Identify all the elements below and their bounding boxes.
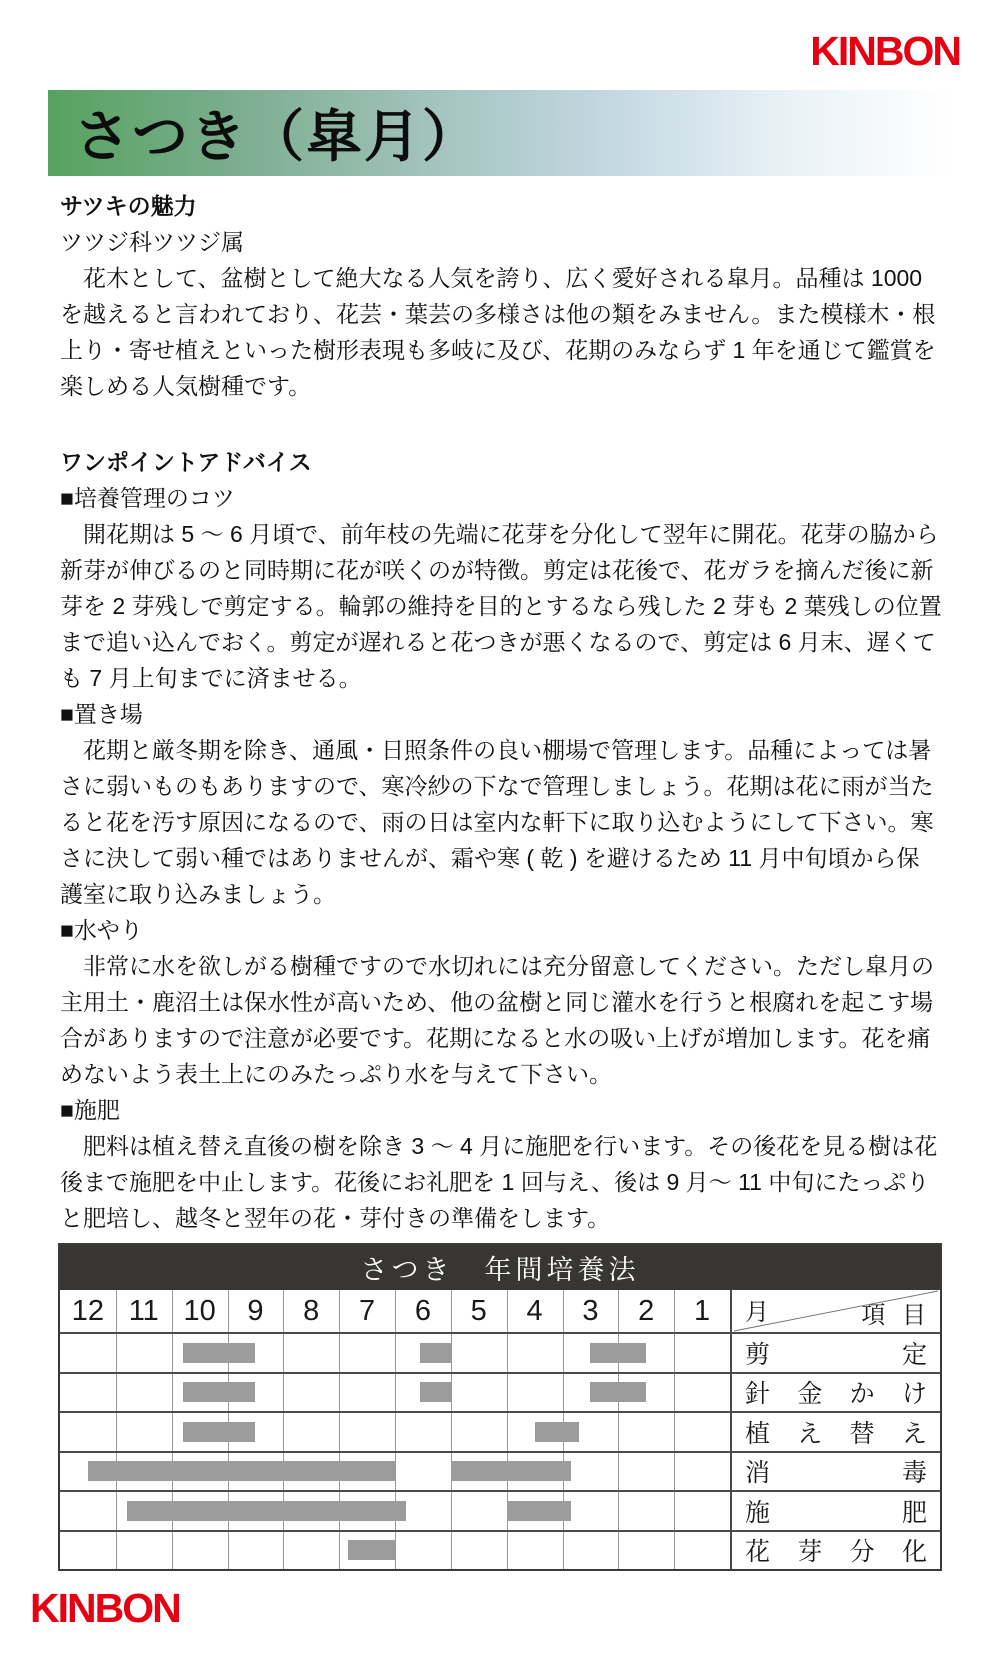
month-gridline xyxy=(674,1413,675,1451)
month-header-cell: 7 xyxy=(339,1290,395,1332)
month-gridline xyxy=(563,1334,564,1372)
month-gridline xyxy=(283,1334,284,1372)
month-gridline xyxy=(283,1413,284,1451)
calendar-row-chart-area xyxy=(60,1453,730,1491)
table-grid: 121110987654321月項 目剪定針金かけ植え替え消毒施肥花芽分化 xyxy=(60,1290,940,1569)
row-label-char: け xyxy=(902,1374,927,1410)
month-gridline xyxy=(618,1453,619,1491)
month-header-cell: 1 xyxy=(674,1290,730,1332)
article-body: サツキの魅力ツツジ科ツツジ属 花木として、盆樹として絶大なる人気を誇り、広く愛好… xyxy=(60,188,945,1236)
month-gridline xyxy=(116,1492,117,1530)
section-heading: サツキの魅力 xyxy=(60,188,945,224)
body-line: も 7 月上旬までに済ませる。 xyxy=(60,660,945,696)
calendar-row: 花芽分化 xyxy=(60,1530,940,1570)
body-line: 上り・寄せ植えといった樹形表現も多岐に及び、花期のみならず 1 年を通じて鑑賞を xyxy=(60,332,945,368)
section-heading: ワンポイントアドバイス xyxy=(60,444,945,480)
body-line: 後まで施肥を中止します。花後にお礼肥を 1 回与え、後は 9 月～ 11 中旬に… xyxy=(60,1164,945,1200)
body-line: 護室に取り込みましょう。 xyxy=(60,876,945,912)
calendar-row: 剪定 xyxy=(60,1332,940,1372)
month-gridline xyxy=(172,1532,173,1570)
month-gridline xyxy=(674,1374,675,1412)
row-label-char: 替 xyxy=(850,1414,875,1450)
month-gridline xyxy=(116,1374,117,1412)
activity-period-bar xyxy=(420,1343,451,1363)
month-gridline xyxy=(395,1453,396,1491)
month-gridline xyxy=(172,1374,173,1412)
activity-period-bar xyxy=(420,1382,451,1402)
row-label-char: 花 xyxy=(745,1532,770,1568)
activity-period-bar xyxy=(348,1540,395,1560)
body-line: さに弱いものもありますので、寒冷紗の下なで管理しましょう。花期は花に雨が当た xyxy=(60,768,945,804)
month-header-cell: 10 xyxy=(172,1290,228,1332)
month-header-cell: 6 xyxy=(395,1290,451,1332)
month-header-cell: 9 xyxy=(228,1290,284,1332)
month-gridline xyxy=(674,1334,675,1372)
row-label-char: 施 xyxy=(745,1493,770,1529)
row-label-char: 金 xyxy=(797,1374,822,1410)
month-gridline xyxy=(339,1413,340,1451)
body-line: 楽しめる人気樹種です。 xyxy=(60,368,945,404)
month-gridline xyxy=(116,1334,117,1372)
corner-cell: 月項 目 xyxy=(730,1290,940,1332)
month-gridline xyxy=(563,1532,564,1570)
calendar-row: 針金かけ xyxy=(60,1372,940,1412)
activity-period-bar xyxy=(451,1461,571,1481)
month-gridline xyxy=(116,1532,117,1570)
activity-period-bar xyxy=(507,1501,571,1521)
row-label-cell: 施肥 xyxy=(730,1492,940,1530)
month-header-cell: 3 xyxy=(563,1290,619,1332)
activity-period-bar xyxy=(590,1343,646,1363)
body-line: 合がありますので注意が必要です。花期になると水の吸い上げが増加します。花を痛 xyxy=(60,1020,945,1056)
row-label-cell: 花芽分化 xyxy=(730,1532,940,1570)
month-gridline xyxy=(395,1374,396,1412)
activity-period-bar xyxy=(183,1422,256,1442)
month-header-cell: 12 xyxy=(60,1290,116,1332)
month-gridline xyxy=(618,1492,619,1530)
month-header-cell: 11 xyxy=(116,1290,172,1332)
row-label-char: 針 xyxy=(745,1374,770,1410)
month-gridline xyxy=(674,1453,675,1491)
row-label-cell: 植え替え xyxy=(730,1413,940,1451)
title-banner: さつき（皐月） xyxy=(48,90,952,176)
calendar-row: 消毒 xyxy=(60,1451,940,1491)
row-label-char: え xyxy=(902,1414,927,1450)
body-line: ■培養管理のコツ xyxy=(60,480,945,516)
month-gridline xyxy=(451,1334,452,1372)
month-gridline xyxy=(451,1413,452,1451)
document-page: KINBON さつき（皐月） サツキの魅力ツツジ科ツツジ属 花木として、盆樹とし… xyxy=(0,0,1000,1661)
calendar-row-chart-area xyxy=(60,1374,730,1412)
month-gridline xyxy=(283,1374,284,1412)
month-gridline xyxy=(172,1413,173,1451)
row-label-char: 定 xyxy=(902,1335,927,1371)
month-header-row: 121110987654321月項 目 xyxy=(60,1290,940,1332)
kinbon-logo-bottom: KINBON xyxy=(30,1588,180,1629)
body-line: と肥培し、越冬と翌年の花・芽付きの準備をします。 xyxy=(60,1200,945,1236)
month-gridline xyxy=(339,1532,340,1570)
body-line: まで追い込んでおく。剪定が遅れると花つきが悪くなるので、剪定は 6 月末、遅くて xyxy=(60,624,945,660)
activity-period-bar xyxy=(183,1343,256,1363)
body-line: を越えると言われており、花芸・葉芸の多様さは他の類をみません。また模様木・根 xyxy=(60,296,945,332)
body-line: さに決して弱い種ではありませんが、霜や寒 ( 乾 ) を避けるため 11 月中旬… xyxy=(60,840,945,876)
body-line: めないよう表土上にのみたっぷり水を与えて下さい。 xyxy=(60,1056,945,1092)
row-label-char: 肥 xyxy=(902,1493,927,1529)
row-label-char: 消 xyxy=(745,1453,770,1489)
month-gridline xyxy=(395,1532,396,1570)
month-gridline xyxy=(451,1532,452,1570)
month-gridline xyxy=(339,1334,340,1372)
row-label-char: か xyxy=(850,1374,875,1410)
page-title: さつき（皐月） xyxy=(48,93,480,173)
month-gridline xyxy=(618,1413,619,1451)
month-gridline xyxy=(674,1532,675,1570)
month-gridline xyxy=(339,1374,340,1412)
calendar-row: 植え替え xyxy=(60,1411,940,1451)
row-label-cell: 剪定 xyxy=(730,1334,940,1372)
month-gridline xyxy=(674,1492,675,1530)
body-line: 花木として、盆樹として絶大なる人気を誇り、広く愛好される皐月。品種は 1000 xyxy=(60,260,945,296)
month-gridline xyxy=(395,1334,396,1372)
calendar-row-chart-area xyxy=(60,1334,730,1372)
month-gridline xyxy=(451,1492,452,1530)
body-line: 開花期は 5 ～ 6 月頃で、前年枝の先端に花芽を分化して翌年に開花。花芽の脇か… xyxy=(60,516,945,552)
month-gridline xyxy=(395,1413,396,1451)
body-line: ■置き場 xyxy=(60,696,945,732)
month-gridline xyxy=(228,1532,229,1570)
body-line: ると花を汚す原因になるので、雨の日は室内な軒下に取り込むようにして下さい。寒 xyxy=(60,804,945,840)
row-label-cell: 消毒 xyxy=(730,1453,940,1491)
calendar-row: 施肥 xyxy=(60,1490,940,1530)
corner-month-label: 月 xyxy=(745,1292,769,1327)
calendar-row-chart-area xyxy=(60,1413,730,1451)
activity-period-bar xyxy=(127,1501,406,1521)
activity-period-bar xyxy=(88,1461,395,1481)
month-gridline xyxy=(507,1374,508,1412)
body-line: 主用土・鹿沼土は保水性が高いため、他の盆樹と同じ灌水を行うと根腐れを起こす場 xyxy=(60,984,945,1020)
body-line: 肥料は植え替え直後の樹を除き 3 ～ 4 月に施肥を行います。その後花を見る樹は… xyxy=(60,1128,945,1164)
row-label-char: 剪 xyxy=(745,1335,770,1371)
row-label-char: 芽 xyxy=(797,1532,822,1568)
body-line: ツツジ科ツツジ属 xyxy=(60,224,945,260)
calendar-row-chart-area xyxy=(60,1532,730,1570)
month-gridline xyxy=(116,1413,117,1451)
row-label-cell: 針金かけ xyxy=(730,1374,940,1412)
month-header-cell: 8 xyxy=(283,1290,339,1332)
activity-period-bar xyxy=(535,1422,580,1442)
kinbon-logo-top: KINBON xyxy=(810,31,960,72)
body-line: ■施肥 xyxy=(60,1092,945,1128)
row-label-char: 分 xyxy=(850,1532,875,1568)
month-gridline xyxy=(451,1374,452,1412)
month-gridline xyxy=(283,1532,284,1570)
month-gridline xyxy=(507,1334,508,1372)
row-label-char: 毒 xyxy=(902,1453,927,1489)
cultivation-calendar-table: さつき 年間培養法 121110987654321月項 目剪定針金かけ植え替え消… xyxy=(58,1243,942,1571)
body-line: 芽を 2 芽残しで剪定する。輪郭の維持を目的とするなら残した 2 芽も 2 葉残… xyxy=(60,588,945,624)
body-line: 新芽が伸びるのと同時期に花が咲くのが特徴。剪定は花後で、花ガラを摘んだ後に新 xyxy=(60,552,945,588)
body-line: 花期と厳冬期を除き、通風・日照条件の良い棚場で管理します。品種によっては暑 xyxy=(60,732,945,768)
month-gridline xyxy=(563,1374,564,1412)
activity-period-bar xyxy=(590,1382,646,1402)
month-header-cell: 2 xyxy=(618,1290,674,1332)
calendar-row-chart-area xyxy=(60,1492,730,1530)
month-gridline xyxy=(172,1334,173,1372)
corner-item-label: 項 目 xyxy=(861,1295,931,1330)
month-gridline xyxy=(618,1532,619,1570)
table-title: さつき 年間培養法 xyxy=(60,1245,940,1290)
body-line: 非常に水を欲しがる樹種ですので水切れには充分留意してください。ただし皐月の xyxy=(60,948,945,984)
month-header-cell: 5 xyxy=(451,1290,507,1332)
activity-period-bar xyxy=(183,1382,256,1402)
month-gridline xyxy=(507,1413,508,1451)
row-label-char: え xyxy=(797,1414,822,1450)
body-line: ■水やり xyxy=(60,912,945,948)
month-header-area: 121110987654321 xyxy=(60,1290,730,1332)
row-label-char: 化 xyxy=(902,1532,927,1568)
month-header-cell: 4 xyxy=(507,1290,563,1332)
row-label-char: 植 xyxy=(745,1414,770,1450)
month-gridline xyxy=(507,1532,508,1570)
